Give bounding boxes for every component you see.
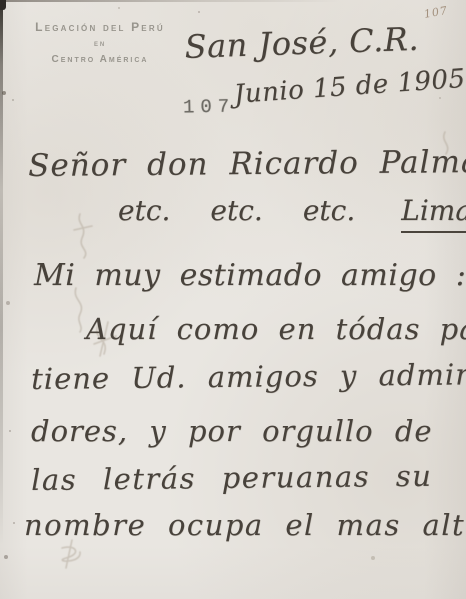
body-line-2: tiene Ud. amigos y admira- — [31, 357, 466, 396]
letterhead-line2: en — [24, 39, 176, 48]
letterhead-line3: Centro América — [24, 54, 176, 65]
recipient-etcetera-line: etc.etc.etc.Lima. — [118, 194, 466, 233]
scan-edge-top — [0, 0, 340, 2]
body-line-5: nombre ocupa el mas alto — [24, 508, 466, 542]
body-line-3: dores, y por orgullo de — [31, 414, 433, 448]
etcetera-3: etc. — [303, 194, 355, 227]
etcetera-1: etc. — [118, 194, 170, 227]
letterhead: Legación del Perú en Centro América — [24, 20, 176, 65]
body-line-4: las letrás peruanas su — [31, 459, 433, 497]
salutation-line: Mi muy estimado amigo : — [34, 258, 466, 293]
letter-scan: Legación del Perú en Centro América 107 … — [0, 0, 466, 599]
stamp-folio-number: 107 — [183, 96, 236, 119]
body-line-1: Aquí como en tódas partés — [86, 312, 466, 346]
scan-edge-left — [0, 0, 3, 545]
letterhead-line1: Legación del Perú — [24, 20, 176, 34]
recipient-name: Señor don Ricardo Palma, — [28, 144, 466, 184]
etcetera-2: etc. — [210, 194, 262, 227]
recipient-city-underlined: Lima. — [401, 194, 466, 233]
paper-specks — [0, 0, 2, 2]
